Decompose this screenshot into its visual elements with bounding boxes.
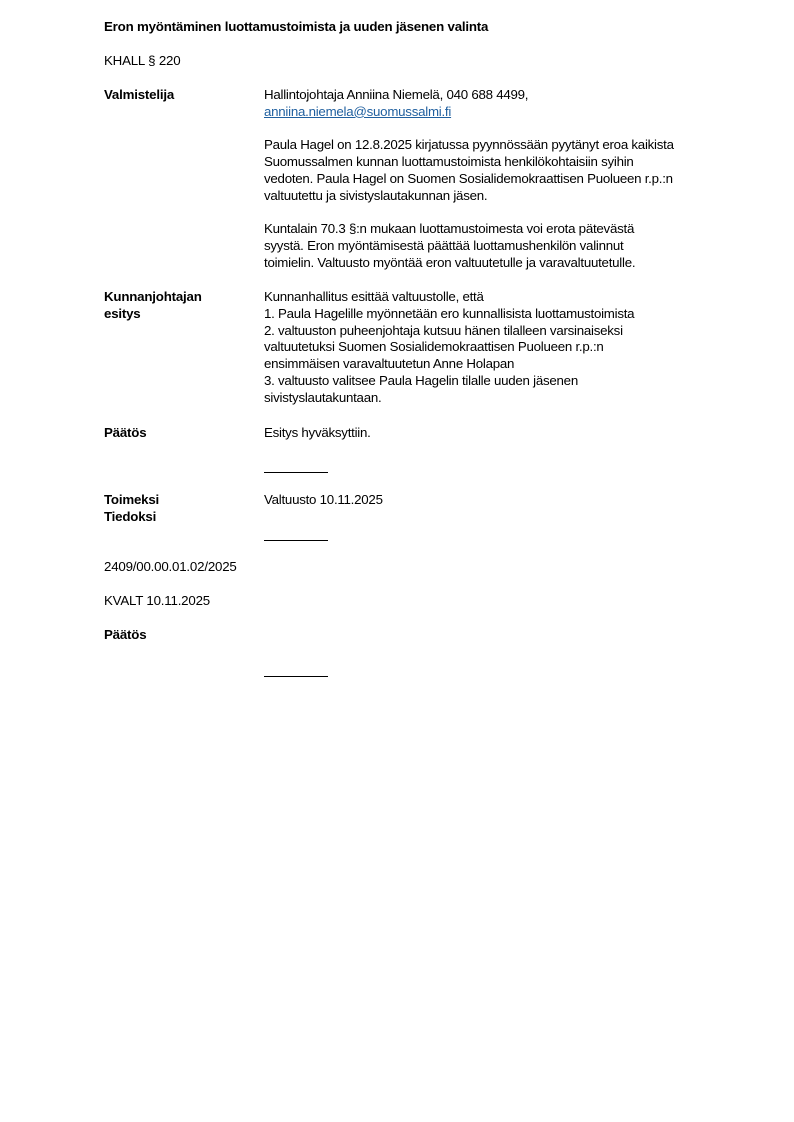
preparer-line: Hallintojohtaja Anniina Niemelä, 040 688… [264,87,744,104]
proposal-line: valtuutetuksi Suomen Sosialidemokraattis… [264,339,744,356]
paragraph-line: syystä. Eron myöntämisestä päättää luott… [264,238,744,255]
paragraph-line: Suomussalmen kunnan luottamustoimista he… [264,154,744,171]
proposal-content: Kunnanhallitus esittää valtuustolle, ett… [264,289,744,407]
khall-reference: KHALL § 220 [104,53,180,70]
kvalt-reference: KVALT 10.11.2025 [104,593,210,610]
document-title: Eron myöntäminen luottamustoimista ja uu… [104,19,488,36]
separator-rule [264,472,328,473]
proposal-label-line: esitys [104,306,202,323]
distribution-label-line: Tiedoksi [104,509,159,526]
preparer-email-link[interactable]: anniina.niemela@suomussalmi.fi [264,104,451,119]
proposal-line: Kunnanhallitus esittää valtuustolle, ett… [264,289,744,306]
paragraph-line: Paula Hagel on 12.8.2025 kirjatussa pyyn… [264,137,744,154]
distribution-text: Valtuusto 10.11.2025 [264,492,744,509]
valmistelija-label: Valmistelija [104,87,174,104]
decision-label: Päätös [104,425,146,442]
paragraph-line: Kuntalain 70.3 §:n mukaan luottamustoime… [264,221,744,238]
decision-text: Esitys hyväksyttiin. [264,425,744,442]
proposal-label: Kunnanjohtajan esitys [104,289,202,323]
separator-rule [264,676,328,677]
kvalt-decision-label: Päätös [104,627,146,644]
proposal-line: 3. valtuusto valitsee Paula Hagelin tila… [264,373,744,390]
distribution-label-line: Toimeksi [104,492,159,509]
diary-number: 2409/00.00.01.02/2025 [104,559,237,576]
proposal-line: sivistyslautakuntaan. [264,390,744,407]
proposal-line: 1. Paula Hagelille myönnetään ero kunnal… [264,306,744,323]
proposal-line: 2. valtuuston puheenjohtaja kutsuu hänen… [264,323,744,340]
background-paragraph: Paula Hagel on 12.8.2025 kirjatussa pyyn… [264,137,744,204]
paragraph-line: toimielin. Valtuusto myöntää eron valtuu… [264,255,744,272]
legal-basis-paragraph: Kuntalain 70.3 §:n mukaan luottamustoime… [264,221,744,271]
paragraph-line: valtuutettu ja sivistyslautakunnan jäsen… [264,188,744,205]
proposal-label-line: Kunnanjohtajan [104,289,202,306]
separator-rule [264,540,328,541]
valmistelija-content: Hallintojohtaja Anniina Niemelä, 040 688… [264,87,744,272]
distribution-label: Toimeksi Tiedoksi [104,492,159,526]
paragraph-line: vedoten. Paula Hagel on Suomen Sosialide… [264,171,744,188]
proposal-line: ensimmäisen varavaltuutetun Anne Holapan [264,356,744,373]
